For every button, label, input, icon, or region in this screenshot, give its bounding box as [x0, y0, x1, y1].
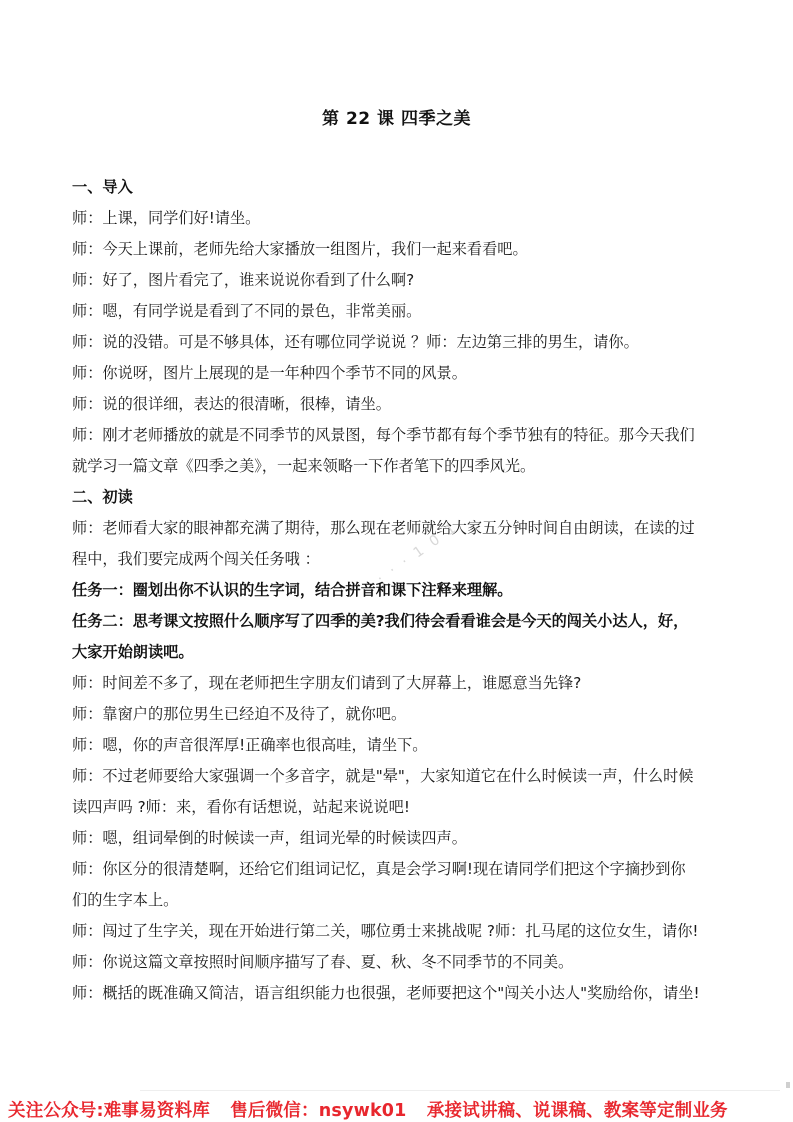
paragraph-line: 师：上课，同学们好!请坐。: [72, 203, 722, 234]
paragraph-line: 师：你说呀，图片上展现的是一年种四个季节不同的风景。: [72, 358, 722, 389]
section-heading-intro: 一、导入: [72, 172, 722, 203]
lesson-title: 第 22 课 四季之美: [0, 104, 793, 129]
footer-divider: [140, 1090, 780, 1091]
paragraph-line: 师：不过老师要给大家强调一个多音字，就是"晕"，大家知道它在什么时候读一声，什么…: [72, 761, 722, 792]
document-page: 第 22 课 四季之美 一、导入 师：上课，同学们好!请坐。 师：今天上课前，老…: [0, 0, 793, 1122]
paragraph-line: 师：说的很详细，表达的很清晰，很棒，请坐。: [72, 389, 722, 420]
task-two: 任务二：思考课文按照什么顺序写了四季的美?我们待会看看谁会是今天的闯关小达人，好…: [72, 606, 722, 637]
paragraph-line: 们的生字本上。: [72, 885, 722, 916]
paragraph-line: 师：你区分的很清楚啊，还给它们组词记忆，真是会学习啊!现在请同学们把这个字摘抄到…: [72, 854, 722, 885]
paragraph-line: 师：说的没错。可是不够具体，还有哪位同学说说 ？师：左边第三排的男生，请你。: [72, 327, 722, 358]
promo-footer: 关注公众号:难事易资料库 售后微信：nsywk01 承接试讲稿、说课稿、教案等定…: [0, 1097, 793, 1122]
section-heading-first-reading: 二、初读: [72, 482, 722, 513]
paragraph-line: 读四声吗 ?师：来，看你有话想说，站起来说说吧!: [72, 792, 722, 823]
paragraph-line: 师：你说这篇文章按照时间顺序描写了春、夏、秋、冬不同季节的不同美。: [72, 947, 722, 978]
paragraph-line: 师：刚才老师播放的就是不同季节的风景图，每个季节都有每个季节独有的特征。那今天我…: [72, 420, 722, 451]
corner-mark: [786, 1082, 790, 1088]
paragraph-line: 程中，我们要完成两个闯关任务哦 ：: [72, 544, 722, 575]
paragraph-line: 师：概括的既准确又简洁，语言组织能力也很强，老师要把这个"闯关小达人"奖励给你，…: [72, 978, 722, 1009]
paragraph-line: 师：嗯，组词晕倒的时候读一声，组词光晕的时候读四声。: [72, 823, 722, 854]
paragraph-line: 师：时间差不多了，现在老师把生字朋友们请到了大屏幕上，谁愿意当先锋?: [72, 668, 722, 699]
paragraph-line: 师：闯过了生字关，现在开始进行第二关，哪位勇士来挑战呢 ?师：扎马尾的这位女生，…: [72, 916, 722, 947]
paragraph-line: 师：嗯，你的声音很浑厚!正确率也很高哇，请坐下。: [72, 730, 722, 761]
paragraph-line: 师：好了，图片看完了，谁来说说你看到了什么啊?: [72, 265, 722, 296]
paragraph-line: 师：今天上课前，老师先给大家播放一组图片，我们一起来看看吧。: [72, 234, 722, 265]
paragraph-line: 就学习一篇文章《四季之美》，一起来领略一下作者笔下的四季风光。: [72, 451, 722, 482]
paragraph-line: 师：老师看大家的眼神都充满了期待，那么现在老师就给大家五分钟时间自由朗读，在读的…: [72, 513, 722, 544]
footer-account: 关注公众号:难事易资料库: [8, 1101, 210, 1121]
footer-wechat: 售后微信：nsywk01: [230, 1101, 406, 1121]
paragraph-line: 师：靠窗户的那位男生已经迫不及待了，就你吧。: [72, 699, 722, 730]
lesson-body: 一、导入 师：上课，同学们好!请坐。 师：今天上课前，老师先给大家播放一组图片，…: [72, 172, 722, 1009]
footer-services: 承接试讲稿、说课稿、教案等定制业务: [427, 1101, 728, 1121]
task-two-continued: 大家开始朗读吧。: [72, 637, 722, 668]
task-one: 任务一：圈划出你不认识的生字词，结合拼音和课下注释来理解。: [72, 575, 722, 606]
paragraph-line: 师：嗯，有同学说是看到了不同的景色，非常美丽。: [72, 296, 722, 327]
